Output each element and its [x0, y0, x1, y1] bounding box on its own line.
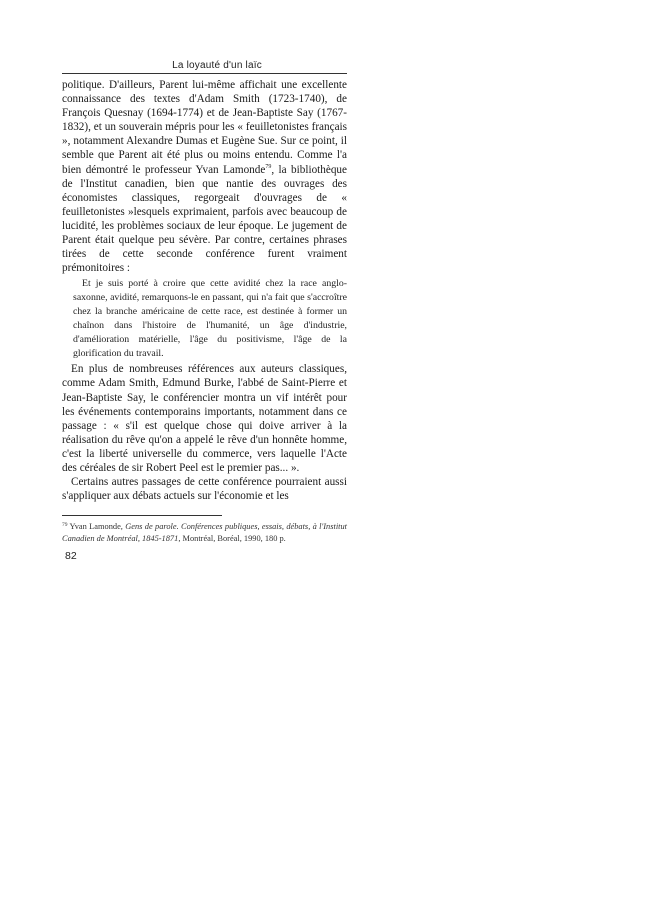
- block-quote: Et je suis porté à croire que cette avid…: [62, 277, 347, 361]
- footnote-number: 79: [62, 522, 68, 528]
- paragraph-1-text-a: politique. D'ailleurs, Parent lui-même a…: [62, 79, 347, 176]
- footnote-author: Yvan Lamonde,: [70, 522, 126, 531]
- footnote: 79 Yvan Lamonde, Gens de parole. Confére…: [62, 521, 347, 545]
- paragraph-2: En plus de nombreuses références aux aut…: [62, 362, 347, 475]
- page-number: 82: [62, 550, 347, 562]
- block-quote-text: Et je suis porté à croire que cette avid…: [73, 277, 347, 361]
- footnote-rule: [62, 515, 222, 516]
- paragraph-1: politique. D'ailleurs, Parent lui-même a…: [62, 78, 347, 275]
- running-title: La loyauté d'un laïc: [62, 59, 347, 72]
- header-rule: [62, 73, 347, 74]
- body-text: politique. D'ailleurs, Parent lui-même a…: [62, 78, 347, 503]
- paragraph-1-text-b: , la bibliothèque de l'Institut canadien…: [62, 164, 347, 275]
- book-page: La loyauté d'un laïc politique. D'ailleu…: [62, 59, 347, 562]
- footnote-publication: , Montréal, Boréal, 1990, 180 p.: [178, 534, 285, 543]
- paragraph-3: Certains autres passages de cette confér…: [62, 475, 347, 503]
